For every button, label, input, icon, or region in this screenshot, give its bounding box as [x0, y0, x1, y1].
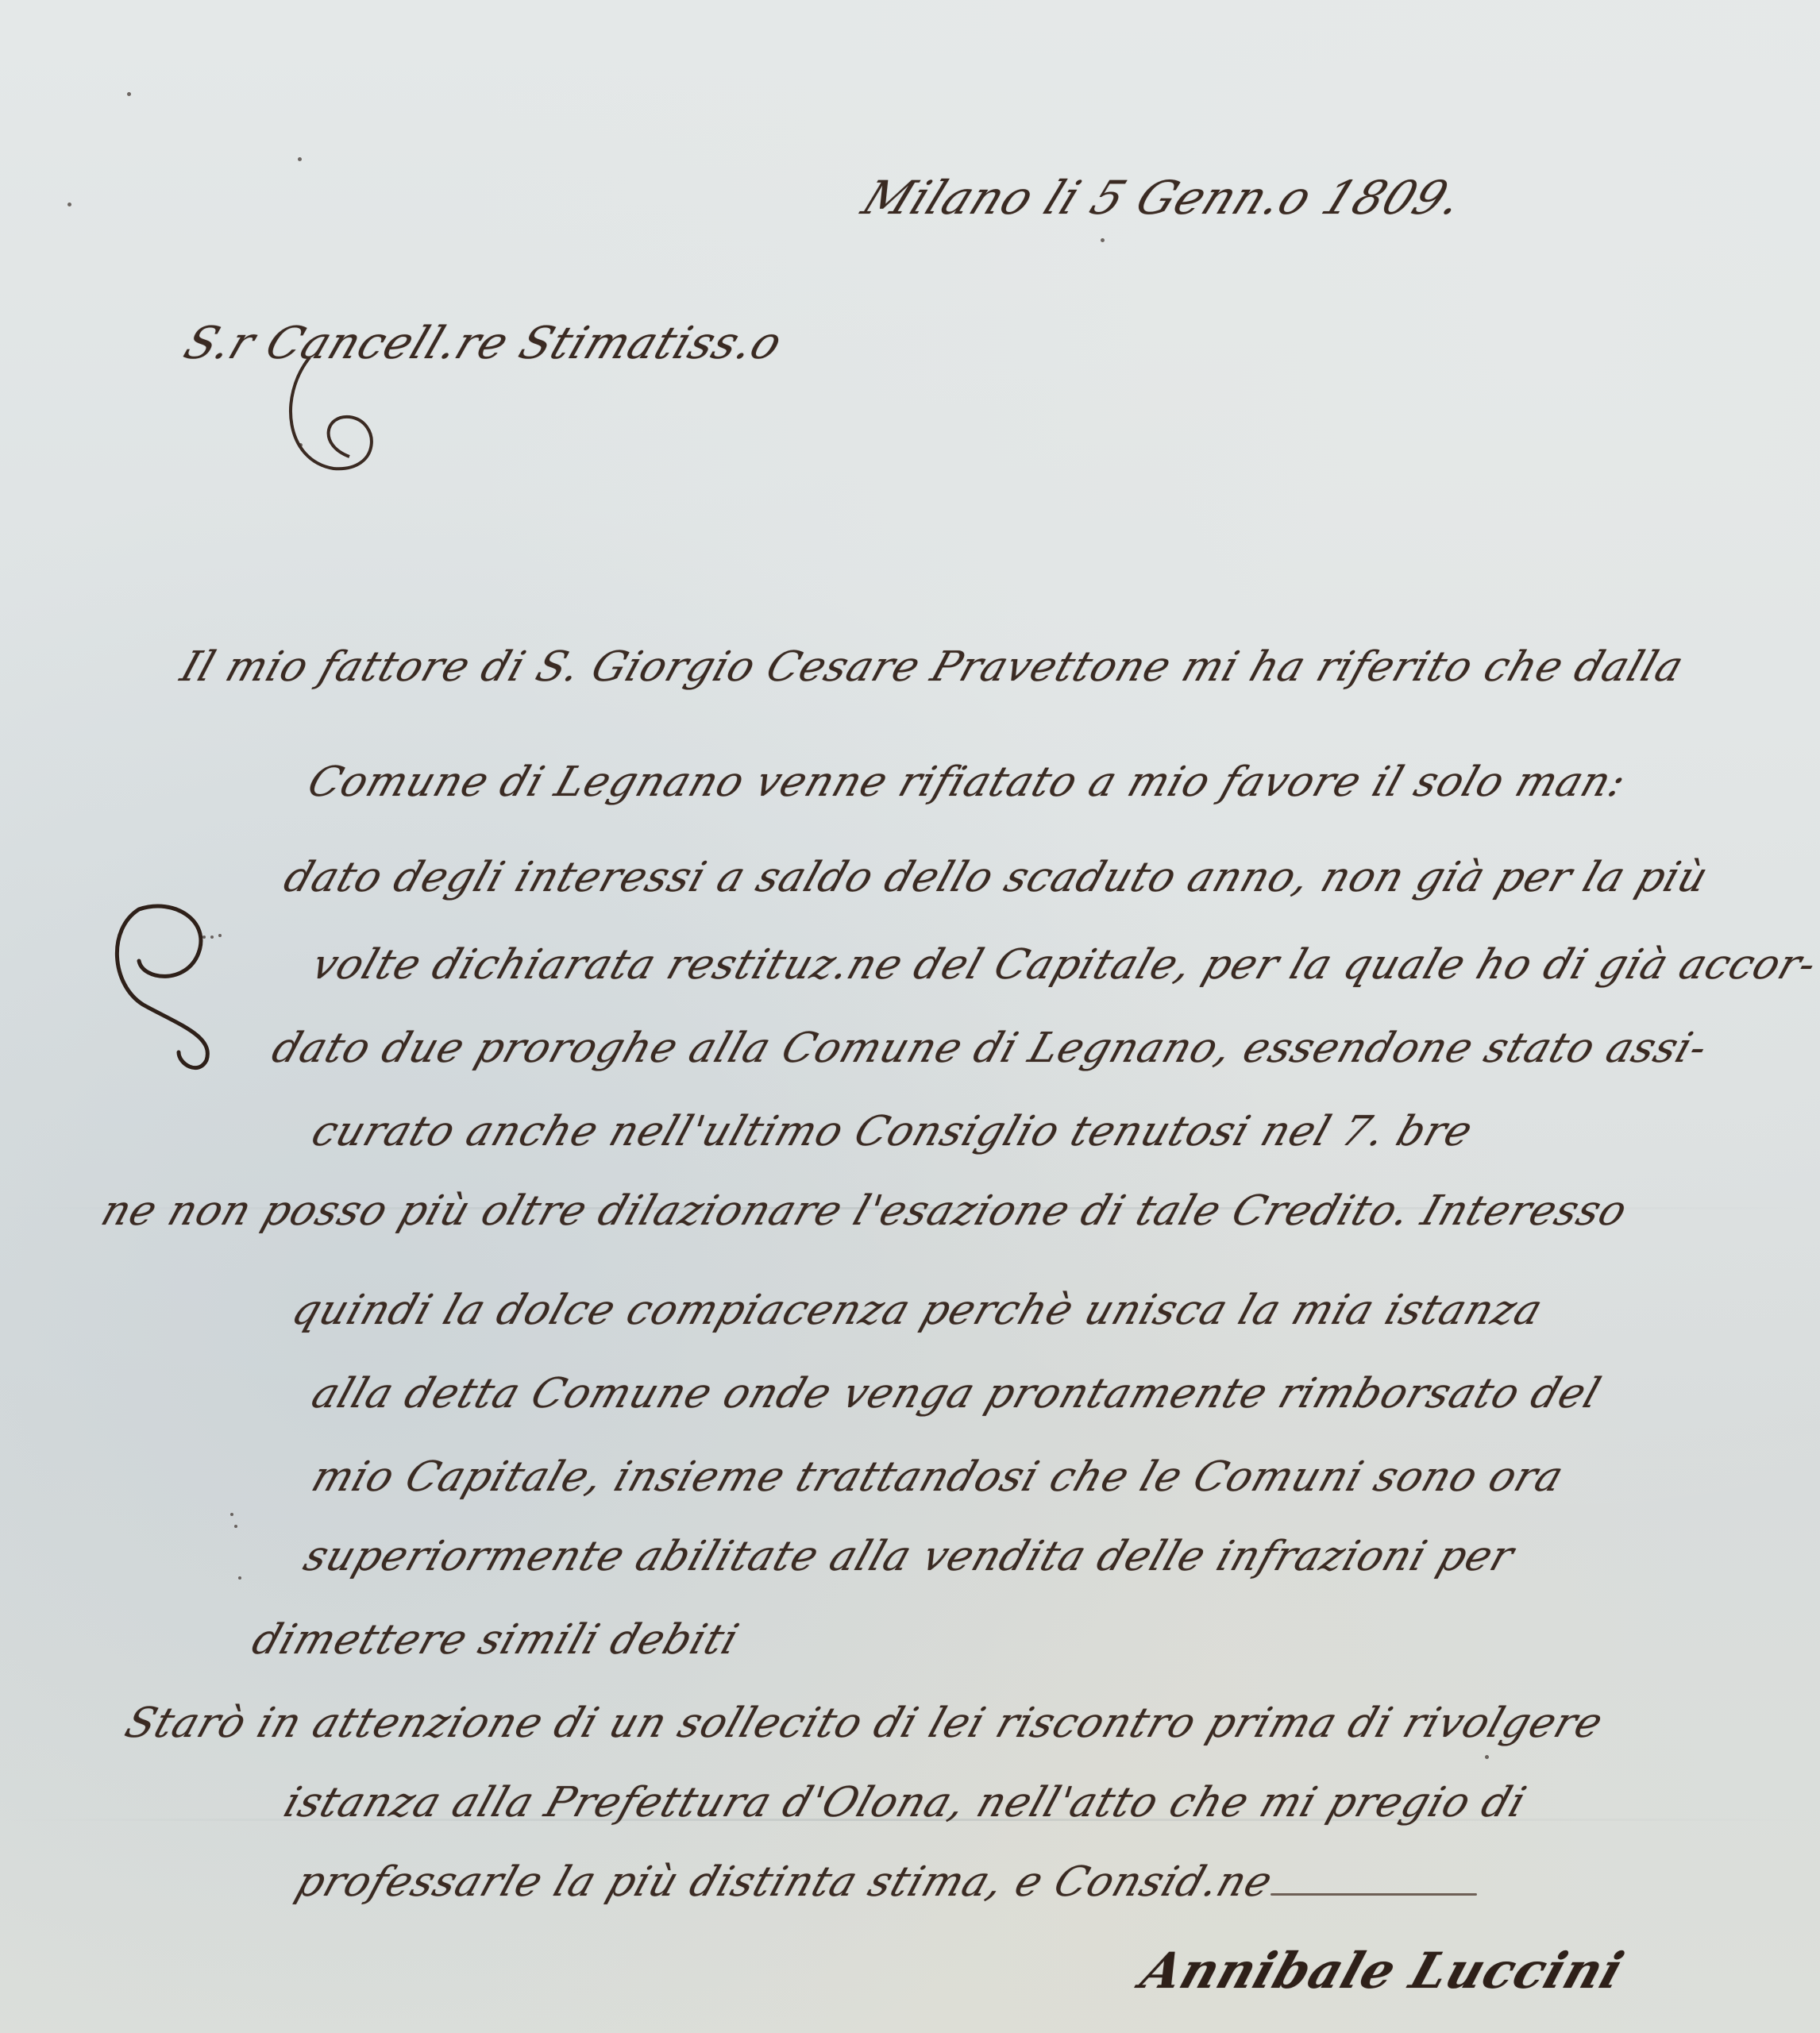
ink-speck: [238, 1576, 241, 1580]
body-line: curato anche nell'ultimo Consiglio tenut…: [306, 1108, 1479, 1155]
ink-speck: [1101, 238, 1105, 242]
body-line: dato degli interessi a saldo dello scadu…: [278, 854, 1714, 901]
body-line: professarle la più distinta stima, e Con…: [290, 1858, 1278, 1906]
body-line: quindi la dolce compiacenza perchè unisc…: [286, 1287, 1548, 1334]
ink-speck: [127, 92, 131, 96]
letter-signature: Annibale Luccini: [1134, 1942, 1631, 2000]
body-line: alla detta Comune onde venga prontamente…: [306, 1370, 1606, 1418]
body-line: dimettere simili debiti: [246, 1616, 745, 1664]
body-line: volte dichiarata restituz.ne del Capital…: [306, 941, 1820, 989]
salutation-flourish: [262, 349, 437, 476]
body-line: mio Capitale, insieme trattandosi che le…: [306, 1453, 1570, 1501]
body-line: superiormente abilitate alla vendita del…: [298, 1533, 1520, 1580]
ink-speck: [210, 935, 214, 939]
ink-speck: [202, 935, 206, 939]
ink-speck: [1485, 1755, 1489, 1759]
margin-flourish: [103, 897, 222, 1072]
body-line: Comune di Legnano venne rifiatato a mio …: [302, 758, 1632, 806]
closing-rule: [1271, 1893, 1477, 1896]
body-line: dato due proroghe alla Comune di Legnano…: [266, 1024, 1714, 1072]
body-line: Il mio fattore di S. Giorgio Cesare Prav…: [175, 643, 1690, 691]
ink-speck: [234, 1525, 237, 1528]
ink-speck: [67, 203, 71, 206]
manuscript-page: Milano li 5 Genn.o 1809. S.r Cancell.re …: [0, 0, 1820, 2033]
ink-speck: [230, 1513, 233, 1516]
letter-dateline: Milano li 5 Genn.o 1809.: [854, 171, 1471, 225]
ink-speck: [298, 157, 302, 161]
ink-speck: [218, 934, 222, 937]
body-line: ne non posso più oltre dilazionare l'esa…: [95, 1187, 1633, 1235]
body-line: istanza alla Prefettura d'Olona, nell'at…: [278, 1779, 1532, 1827]
body-line: Starò in attenzione di un sollecito di l…: [119, 1699, 1609, 1747]
